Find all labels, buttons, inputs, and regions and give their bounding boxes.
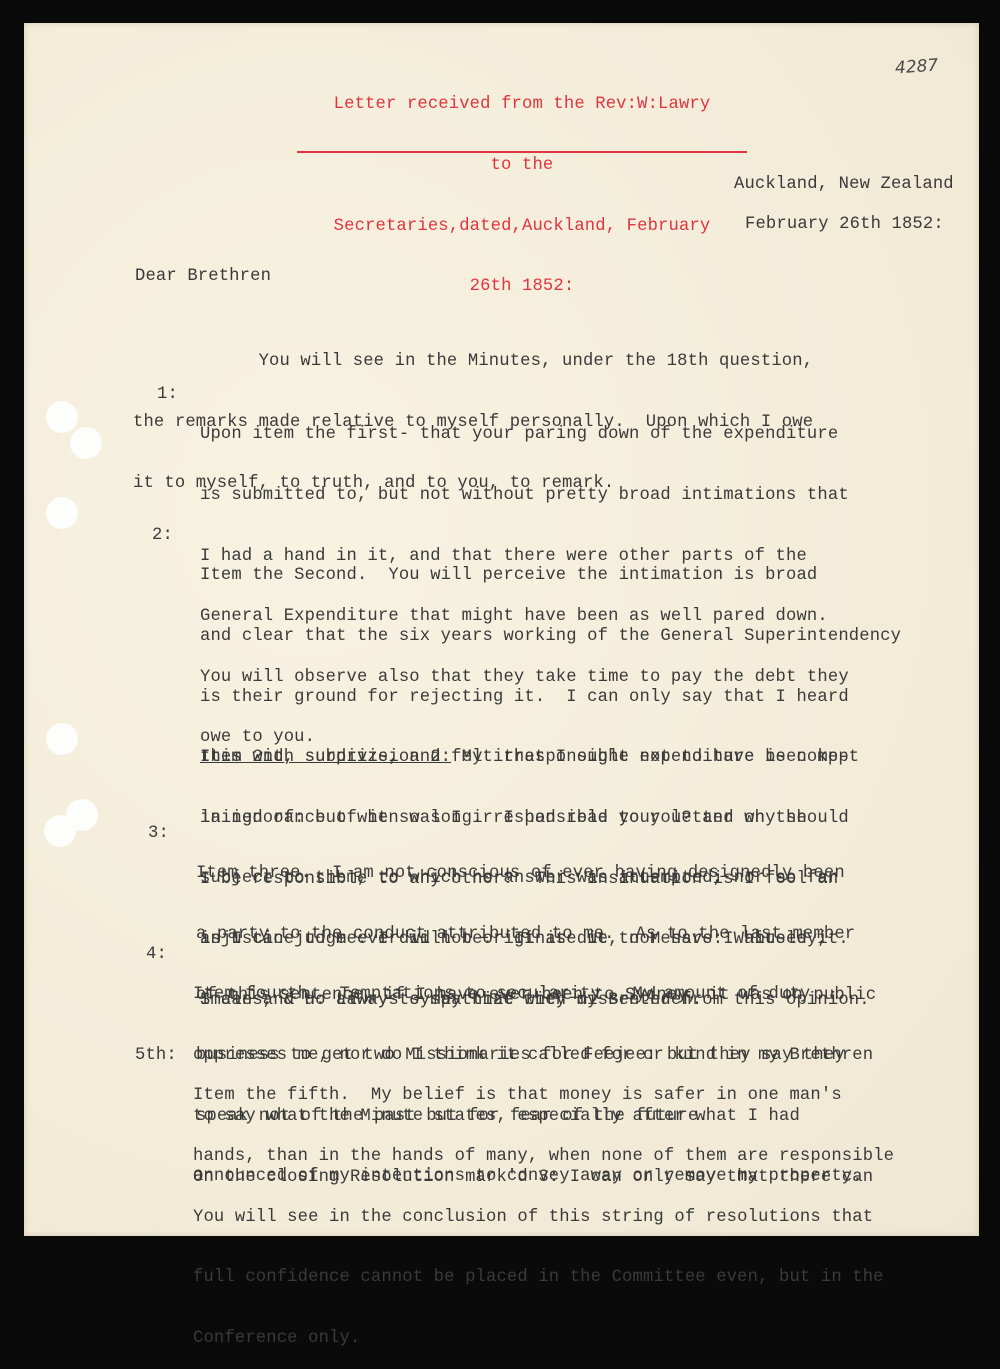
catalogue-number: 4287: [894, 56, 939, 79]
closing-line: On the closing Resolution mark'd 3: I ca…: [193, 1168, 873, 1188]
subdivision-heading: Item 2nd, subdivision 2:: [200, 748, 451, 767]
header-line: to the: [272, 156, 772, 176]
header-line: Secretaries,dated,Auckland, February: [272, 217, 772, 237]
item-5-paragraph: Item the fifth. My belief is that money …: [193, 1046, 894, 1257]
item-number: 1:: [157, 385, 178, 405]
item-number: 2:: [152, 526, 173, 546]
item-number: 3:: [148, 824, 169, 844]
text-line: Item the fifth. My belief is that money …: [193, 1086, 894, 1106]
item-number: 4:: [146, 945, 167, 965]
text-line: is submitted to, but not without pretty …: [200, 486, 849, 506]
punch-hole: [46, 497, 78, 529]
punch-hole: [46, 401, 78, 433]
text-span: My irresponsible expenditure is comp-: [451, 748, 849, 767]
document-header: Letter received from the Rev:W:Lawry to …: [272, 55, 772, 318]
text-line: Item 2nd, subdivision 2: My irresponsibl…: [200, 748, 849, 768]
punch-hole: [46, 723, 78, 755]
text-line: Item three. I am not conscious of ever h…: [196, 864, 876, 884]
text-line: and clear that the six years working of …: [200, 627, 901, 647]
header-line: 26th 1852:: [272, 277, 772, 297]
place-line: Auckland, New Zealand: [734, 175, 954, 195]
text-line: is their ground for rejecting it. I can …: [200, 688, 901, 708]
text-line: a party to the conduct attributed to me.…: [196, 925, 876, 945]
header-line: Letter received from the Rev:W:Lawry: [272, 95, 772, 115]
header-rule: [297, 151, 747, 153]
text-line: hands, than in the hands of many, when n…: [193, 1147, 894, 1167]
punch-hole: [44, 815, 76, 847]
punch-hole: [70, 427, 102, 459]
text-line: You will see in the conclusion of this s…: [193, 1208, 894, 1228]
item-number: 5th:: [135, 1046, 177, 1066]
salutation: Dear Brethren: [135, 267, 271, 287]
text-line: Item the Second. You will perceive the i…: [200, 566, 901, 586]
date-line: February 26th 1852:: [745, 215, 944, 235]
text-line: Item fourth. Temptations to secularity. …: [193, 985, 873, 1005]
text-line: Upon item the first- that your paring do…: [200, 425, 849, 445]
text-line: You will see in the Minutes, under the 1…: [133, 352, 813, 372]
